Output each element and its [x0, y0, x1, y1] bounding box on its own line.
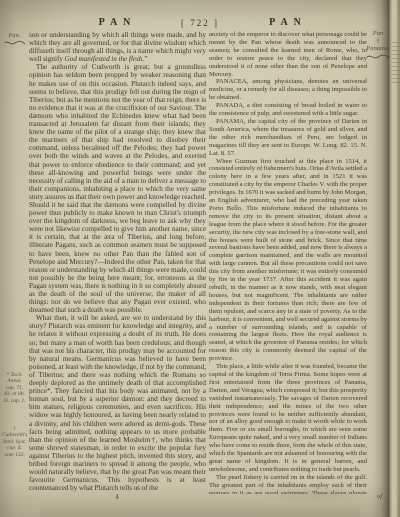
footnote-tacitus: * Tacit. Annal. cap. 71, 83. et lib. iii…: [2, 372, 27, 404]
paragraph-panacea-entry: PANACEA, among physicians, denotes an un…: [209, 78, 367, 102]
running-title-right: PAN: [209, 17, 367, 28]
paragraph-italic-phrase: God manifested in the flesh.: [65, 55, 145, 63]
paragraph-text: ”: [144, 55, 147, 63]
flourish-icon: [4, 40, 26, 46]
adjacent-page-text-specks: [392, 42, 399, 84]
page-header: PAN [ 722 ] PAN: [0, 17, 400, 31]
margin-note-pan: Pan.: [1, 32, 28, 46]
paragraph: anxiety of the emperor to discover what …: [209, 31, 367, 78]
paragraph: When Guzman first touched at this place …: [209, 158, 367, 364]
paper-stain: [40, 500, 360, 517]
footnote-cudworth: † Cudworth's Intel. Syst. cap. 4. note 1…: [2, 426, 27, 458]
parallel-mark-icon: ‖: [363, 38, 393, 46]
paragraph-panada-entry: PANADA, a diet consisting of bread boile…: [209, 102, 367, 118]
paragraph: son or understanding by which all things…: [29, 31, 206, 63]
catchword: of: [362, 493, 382, 500]
book-page: PAN [ 722 ] PAN Pan. Pan ‖ Panama. son o…: [0, 0, 400, 517]
paragraph: The authority of Cudworth is great; but …: [29, 63, 206, 314]
paragraph: The pearl fishery is carried on in the i…: [209, 474, 367, 494]
margin-note-pan-label: Pan.: [1, 32, 28, 39]
paragraph: What then, it will be asked, are we to u…: [29, 314, 206, 492]
margin-note-range-end: Panama.: [363, 45, 393, 53]
flourish-icon: [366, 54, 390, 60]
margin-note-range-start: Pan: [363, 30, 393, 38]
left-column: son or understanding by which all things…: [29, 31, 206, 494]
margin-note-pan-panama: Pan ‖ Panama.: [363, 30, 393, 60]
signature-mark: 4: [110, 493, 124, 501]
paragraph: This place, a little while after it was …: [209, 363, 367, 474]
paragraph-panama-entry: PANAMA, the capital city of the province…: [209, 118, 367, 158]
right-column: anxiety of the emperor to discover what …: [209, 31, 367, 494]
